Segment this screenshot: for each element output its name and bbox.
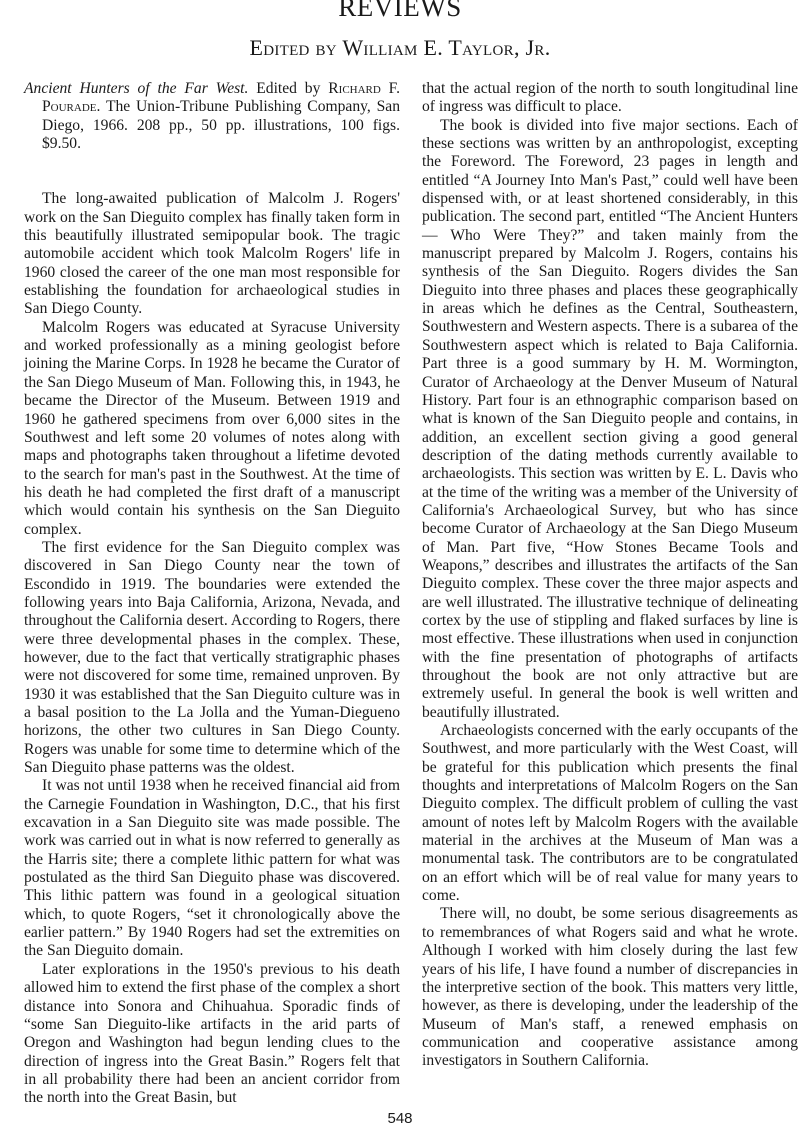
- review-paragraph: Archaeologists concerned with the early …: [422, 722, 798, 905]
- right-column: that the actual region of the north to s…: [422, 80, 798, 1071]
- left-column: Ancient Hunters of the Far West. Edited …: [24, 80, 400, 1108]
- page-title: REVIEWS: [0, 0, 800, 22]
- section-editor-line: Edited by William E. Taylor, Jr.: [0, 35, 800, 61]
- review-paragraph-continued: that the actual region of the north to s…: [422, 80, 798, 117]
- review-paragraph: The long-awaited publication of Malcolm …: [24, 190, 400, 318]
- book-details: 208 pp., 50 pp. illustrations, 100 figs.: [137, 117, 400, 134]
- review-paragraph: There will, no doubt, be some serious di…: [422, 905, 798, 1070]
- book-price: $9.50.: [42, 135, 81, 152]
- review-paragraph: Malcolm Rogers was educated at Syracuse …: [24, 319, 400, 539]
- edited-by-label: Edited by: [256, 80, 320, 97]
- book-title: Ancient Hunters of the Far West.: [24, 80, 248, 97]
- page-number: 548: [0, 1110, 800, 1128]
- review-paragraph: The first evidence for the San Dieguito …: [24, 539, 400, 777]
- review-paragraph: It was not until 1938 when he received f…: [24, 777, 400, 960]
- review-paragraph: Later explorations in the 1950's previou…: [24, 961, 400, 1108]
- book-citation: Ancient Hunters of the Far West. Edited …: [24, 80, 400, 153]
- review-paragraph: The book is divided into five major sect…: [422, 117, 798, 722]
